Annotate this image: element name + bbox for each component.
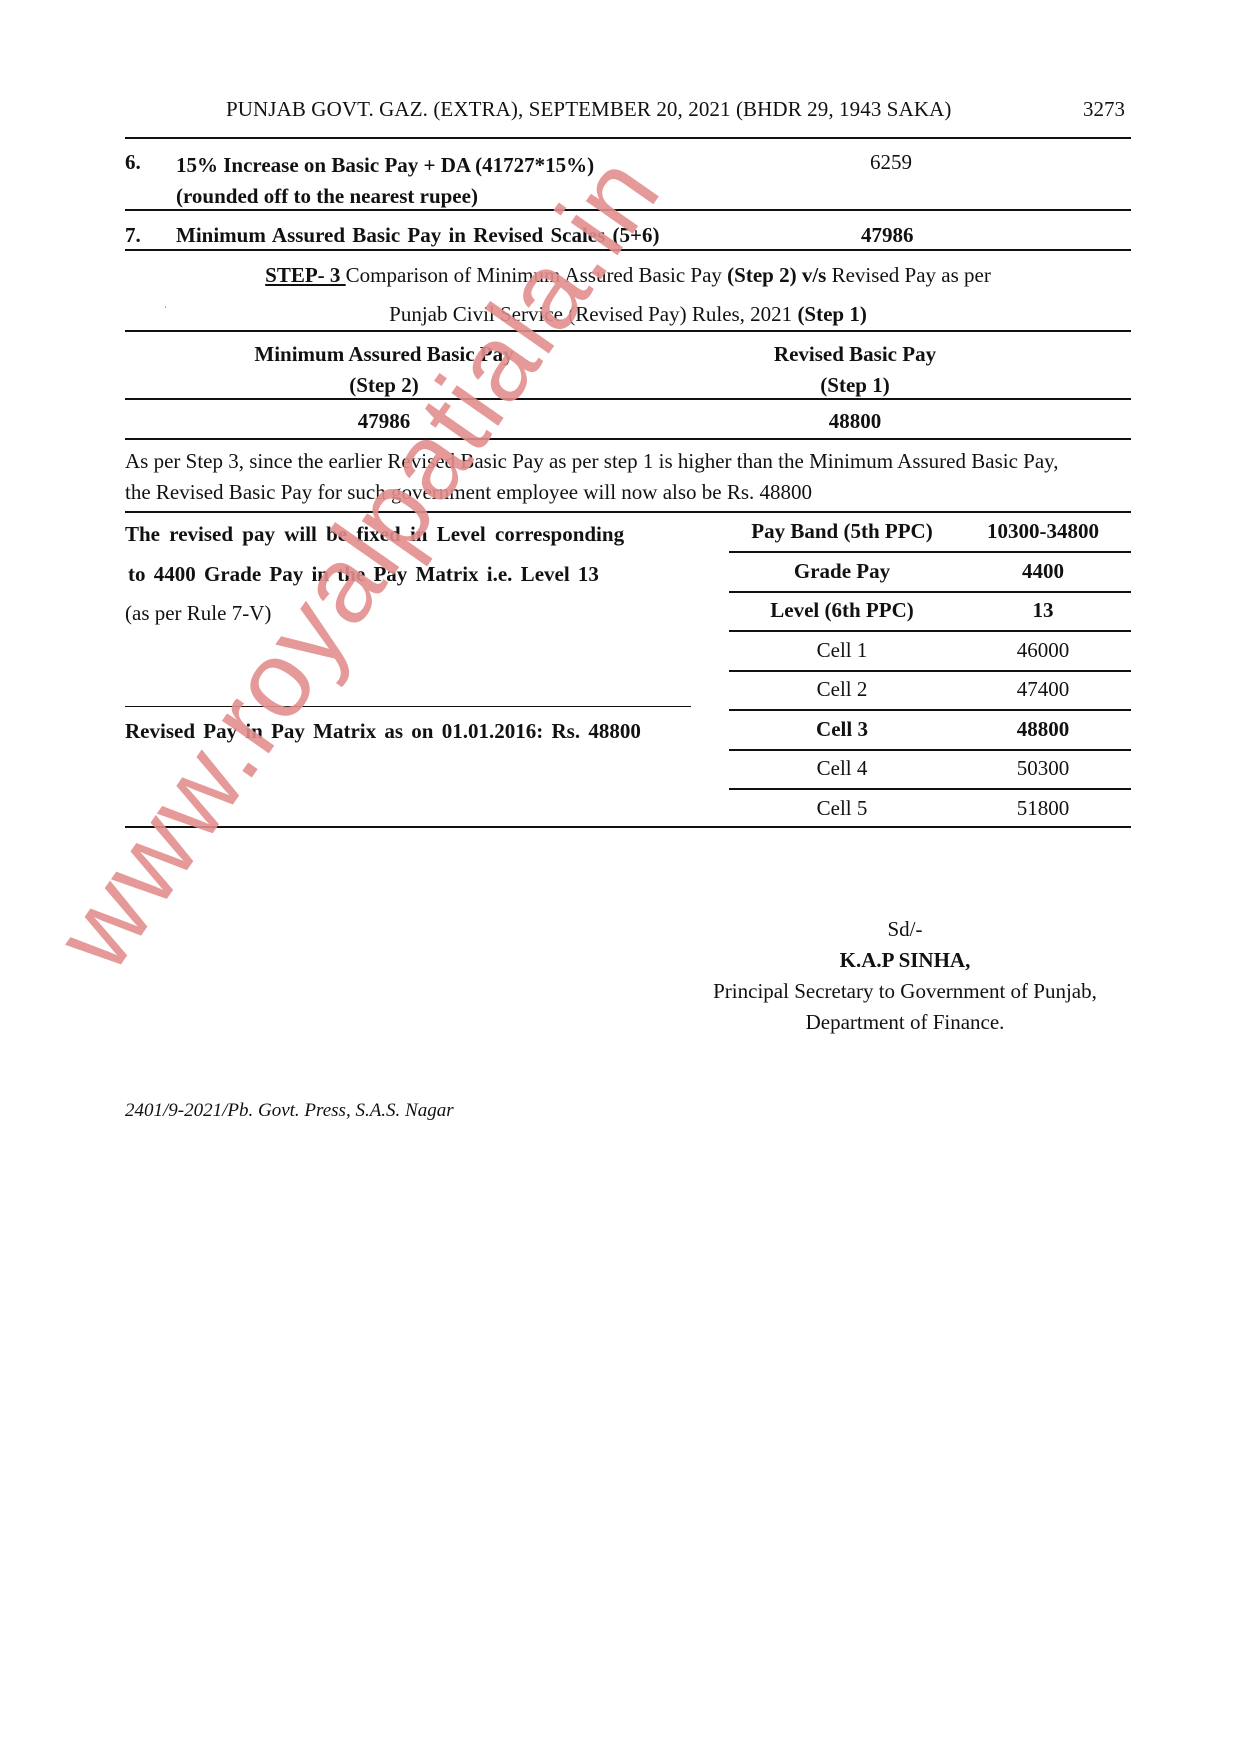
pay-matrix-row: Cell 247400 [729,670,1131,711]
signature-block: Sd/- K.A.P SINHA, Principal Secretary to… [690,914,1120,1038]
gazette-header-title: PUNJAB GOVT. GAZ. (EXTRA), SEPTEMBER 20,… [226,97,951,122]
pay-matrix-label: Level (6th PPC) [729,598,955,623]
pay-matrix-label: Pay Band (5th PPC) [729,519,955,544]
page-number: 3273 [1083,97,1125,122]
comparison-header-step2: Minimum Assured Basic Pay (Step 2) [125,339,643,401]
pay-matrix-value: 51800 [955,796,1131,821]
pay-matrix-row: Cell 146000 [729,631,1131,672]
pay-matrix-row: Cell 450300 [729,749,1131,790]
row-6-label-line2: (rounded off to the nearest rupee) [176,181,594,212]
fixation-line1: The revised pay will be fixed in Level c… [125,522,624,547]
pay-matrix-label: Cell 4 [729,756,955,781]
pay-matrix-value: 13 [955,598,1131,623]
signatory-designation: Principal Secretary to Government of Pun… [690,976,1120,1007]
pay-matrix-value: 47400 [955,677,1131,702]
press-footer: 2401/9-2021/Pb. Govt. Press, S.A.S. Naga… [125,1100,454,1122]
pay-matrix-row: Cell 348800 [729,710,1131,751]
row-6-label-line1: 15% Increase on Basic Pay + DA (41727*15… [176,150,594,181]
row-7-label: Minimum Assured Basic Pay in Revised Sca… [176,223,660,248]
signatory-department: Department of Finance. [690,1007,1120,1038]
step3-label: STEP- 3 [265,263,346,287]
row-6-value: 6259 [870,150,912,175]
pay-matrix-value: 4400 [955,559,1131,584]
table-bottom-rule [125,438,1131,440]
pay-matrix-row: Grade Pay4400 [729,552,1131,593]
pay-matrix-row: Pay Band (5th PPC)10300-34800 [729,512,1131,553]
pay-matrix-value: 48800 [955,717,1131,742]
pay-matrix-value: 50300 [955,756,1131,781]
fixation-rule-ref: (as per Rule 7-V) [125,601,271,626]
step3-heading-line1: STEP- 3 Comparison of Minimum Assured Ba… [125,263,1131,288]
row-7-value: 47986 [861,223,914,248]
fixation-line2: to 4400 Grade Pay in the Pay Matrix i.e.… [128,562,599,587]
comparison-header-step1: Revised Basic Pay (Step 1) [700,339,1010,401]
row-divider [125,249,1131,251]
table-top-rule [125,330,1131,332]
fixation-result: Revised Pay in Pay Matrix as on 01.01.20… [125,719,641,744]
row-6-label: 15% Increase on Basic Pay + DA (41727*15… [176,150,594,212]
explanation-paragraph: As per Step 3, since the earlier Revised… [125,446,1135,508]
table-header-rule [125,398,1131,400]
signatory-name: K.A.P SINHA, [690,945,1120,976]
pay-matrix-label: Cell 2 [729,677,955,702]
section-bottom-rule [125,826,1131,828]
pay-matrix-row: Level (6th PPC)13 [729,591,1131,632]
comparison-value-step2: 47986 [125,409,643,434]
step3-heading-line2: Punjab Civil Service (Revised Pay) Rules… [125,302,1131,327]
pay-matrix-label: Cell 3 [729,717,955,742]
pay-matrix-label: Grade Pay [729,559,955,584]
row-6-number: 6. [125,150,141,175]
pay-matrix-label: Cell 5 [729,796,955,821]
fixation-divider [125,706,691,707]
pay-matrix-value: 10300-34800 [955,519,1131,544]
pay-matrix-row: Cell 551800 [729,789,1131,828]
pay-matrix-label: Cell 1 [729,638,955,663]
pay-matrix-value: 46000 [955,638,1131,663]
header-divider [125,137,1131,139]
comparison-value-step1: 48800 [700,409,1010,434]
row-divider [125,209,1131,211]
signature-sd: Sd/- [690,914,1120,945]
row-7-number: 7. [125,223,141,248]
gazette-page: PUNJAB GOVT. GAZ. (EXTRA), SEPTEMBER 20,… [0,0,1240,1755]
